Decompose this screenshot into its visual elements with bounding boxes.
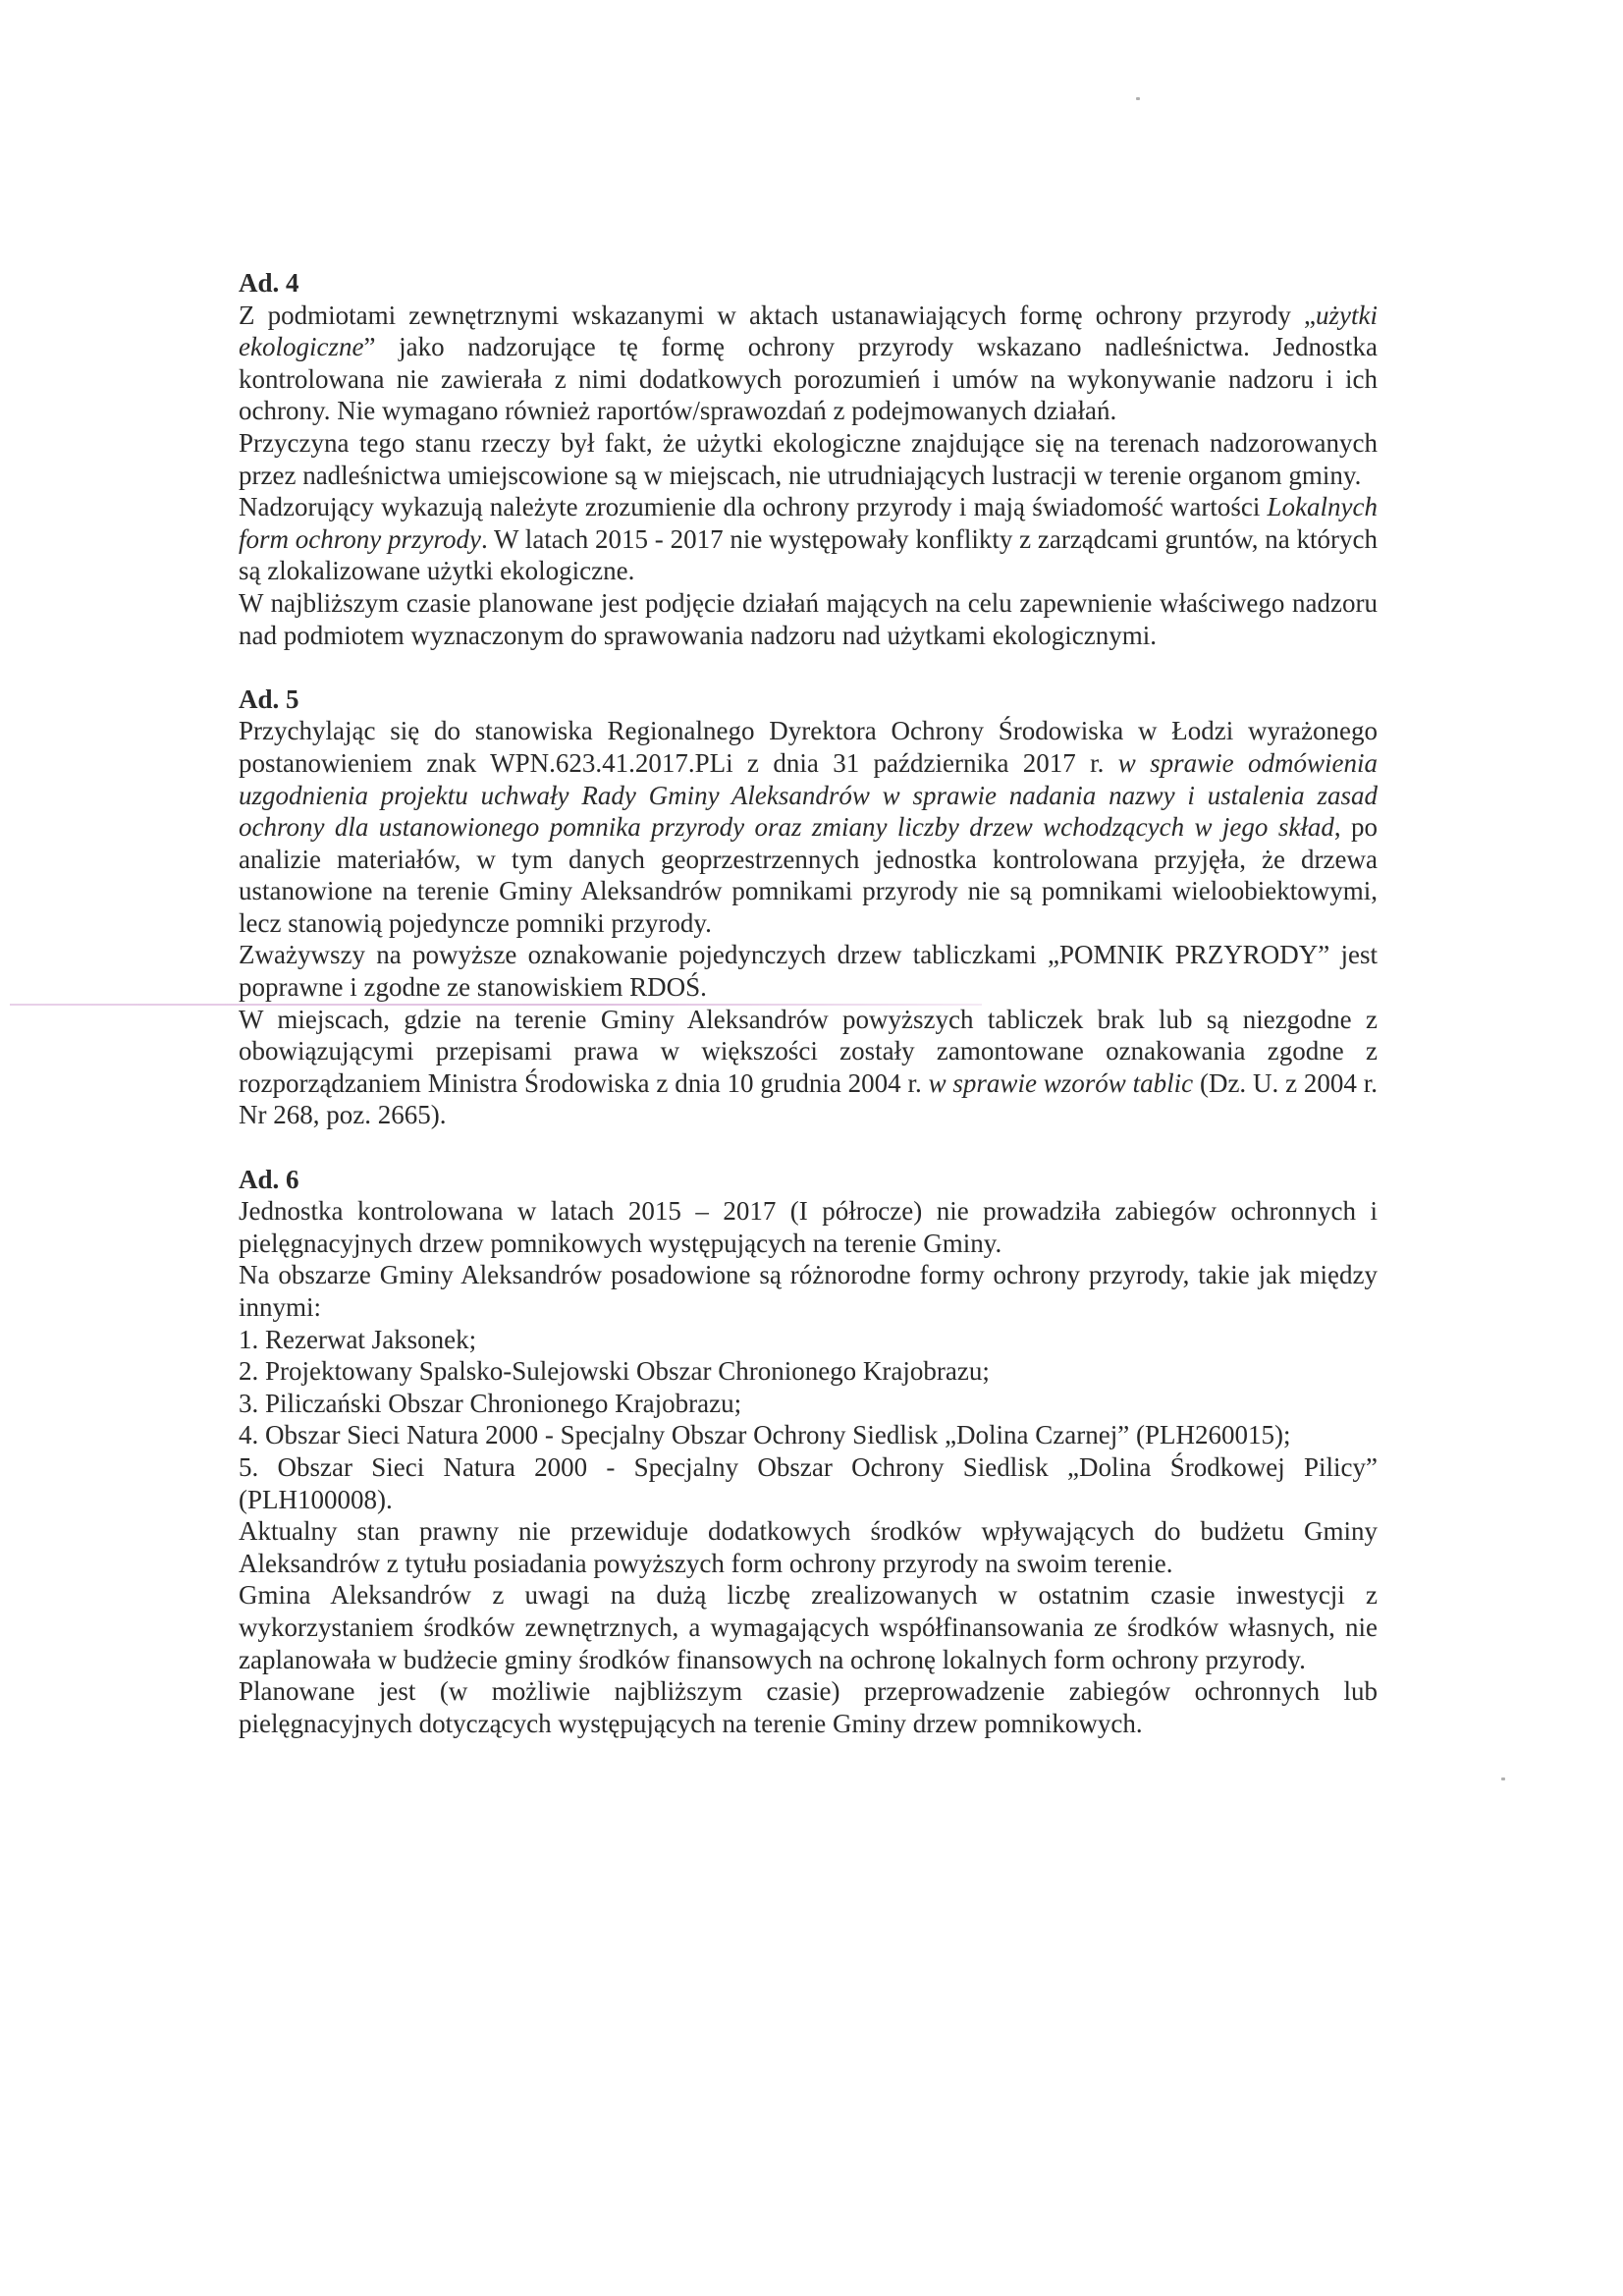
paragraph: Nadzorujący wykazują należyte zrozumieni…	[239, 491, 1378, 587]
section-heading: Ad. 6	[239, 1164, 1378, 1196]
paragraph: Zważywszy na powyższe oznakowanie pojedy…	[239, 939, 1378, 1003]
text-run: Aktualny stan prawny nie przewiduje doda…	[239, 1516, 1378, 1578]
paragraph: W najbliższym czasie planowane jest podj…	[239, 587, 1378, 651]
paragraph: W miejscach, gdzie na terenie Gminy Alek…	[239, 1004, 1378, 1131]
list-item: 2. Projektowany Spalsko-Sulejowski Obsza…	[239, 1355, 1378, 1388]
paragraph: Planowane jest (w możliwie najbliższym c…	[239, 1675, 1378, 1739]
list-item: 4. Obszar Sieci Natura 2000 - Specjalny …	[239, 1419, 1378, 1451]
document-page: Ad. 4 Z podmiotami zewnętrznymi wskazany…	[239, 267, 1378, 1772]
text-run: Gmina Aleksandrów z uwagi na dużą liczbę…	[239, 1580, 1378, 1673]
text-run: Jednostka kontrolowana w latach 2015 – 2…	[239, 1196, 1378, 1258]
text-run: Zważywszy na powyższe oznakowanie pojedy…	[239, 940, 1378, 1002]
paragraph: Przyczyna tego stanu rzeczy był fakt, że…	[239, 427, 1378, 491]
text-run: Nadzorujący wykazują należyte zrozumieni…	[239, 492, 1268, 521]
text-run: Na obszarze Gminy Aleksandrów posadowion…	[239, 1260, 1378, 1322]
paragraph: Przychylając się do stanowiska Regionaln…	[239, 715, 1378, 939]
list-item: 3. Piliczański Obszar Chronionego Krajob…	[239, 1388, 1378, 1420]
paragraph: Jednostka kontrolowana w latach 2015 – 2…	[239, 1195, 1378, 1259]
section-ad-6: Ad. 6 Jednostka kontrolowana w latach 20…	[239, 1164, 1378, 1740]
list-item: 5. Obszar Sieci Natura 2000 - Specjalny …	[239, 1451, 1378, 1515]
text-run: Przyczyna tego stanu rzeczy był fakt, że…	[239, 428, 1378, 490]
paragraph: Na obszarze Gminy Aleksandrów posadowion…	[239, 1259, 1378, 1323]
paragraph: Z podmiotami zewnętrznymi wskazanymi w a…	[239, 300, 1378, 427]
scan-speck	[1501, 1777, 1505, 1780]
paragraph: Aktualny stan prawny nie przewiduje doda…	[239, 1515, 1378, 1579]
section-ad-4: Ad. 4 Z podmiotami zewnętrznymi wskazany…	[239, 267, 1378, 651]
scan-speck	[1136, 97, 1140, 100]
section-heading: Ad. 5	[239, 683, 1378, 716]
text-run: Z podmiotami zewnętrznymi wskazanymi w a…	[239, 301, 1316, 330]
list-item: 1. Rezerwat Jaksonek;	[239, 1324, 1378, 1356]
italic-text: w sprawie wzorów tablic	[929, 1068, 1194, 1098]
section-heading: Ad. 4	[239, 267, 1378, 300]
paragraph: Gmina Aleksandrów z uwagi na dużą liczbę…	[239, 1579, 1378, 1675]
section-ad-5: Ad. 5 Przychylając się do stanowiska Reg…	[239, 683, 1378, 1131]
text-run: Planowane jest (w możliwie najbliższym c…	[239, 1676, 1378, 1738]
text-run: ” jako nadzorujące tę formę ochrony przy…	[239, 332, 1378, 425]
text-run: W najbliższym czasie planowane jest podj…	[239, 588, 1378, 650]
